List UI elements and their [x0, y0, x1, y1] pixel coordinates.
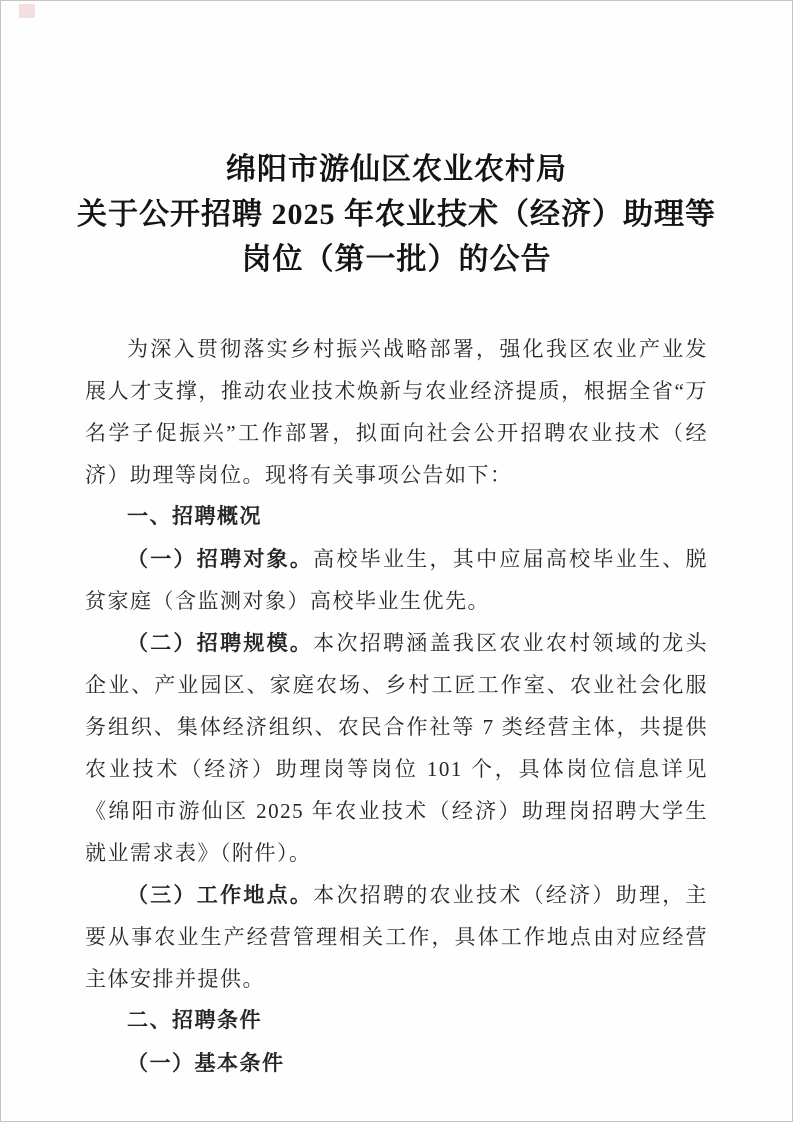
item-recruit-scale-text: 本次招聘涵盖我区农业农村领域的龙头企业、产业园区、家庭农场、乡村工匠工作室、农业… — [85, 631, 708, 865]
document-title: 绵阳市游仙区农业农村局 关于公开招聘 2025 年农业技术（经济）助理等 岗位（… — [41, 147, 752, 282]
document-page: 绵阳市游仙区农业农村局 关于公开招聘 2025 年农业技术（经济）助理等 岗位（… — [0, 0, 793, 1122]
item-recruit-target-lead: （一）招聘对象。 — [127, 547, 313, 571]
scan-artifact-mark — [19, 4, 35, 18]
item-work-location: （三）工作地点。本次招聘的农业技术（经济）助理，主要从事农业生产经营管理相关工作… — [85, 874, 708, 1000]
section-2-heading: 二、招聘条件 — [85, 1000, 708, 1042]
document-body: 为深入贯彻落实乡村振兴战略部署，强化我区农业产业发展人才支撑，推动农业技术焕新与… — [85, 328, 708, 1084]
title-line-1: 绵阳市游仙区农业农村局 — [41, 147, 752, 192]
section-2-sub-heading: （一）基本条件 — [85, 1042, 708, 1084]
intro-paragraph: 为深入贯彻落实乡村振兴战略部署，强化我区农业产业发展人才支撑，推动农业技术焕新与… — [85, 328, 708, 496]
item-recruit-scale: （二）招聘规模。本次招聘涵盖我区农业农村领域的龙头企业、产业园区、家庭农场、乡村… — [85, 622, 708, 874]
item-recruit-target: （一）招聘对象。高校毕业生，其中应届高校毕业生、脱贫家庭（含监测对象）高校毕业生… — [85, 538, 708, 622]
title-line-3: 岗位（第一批）的公告 — [41, 237, 752, 282]
item-recruit-scale-lead: （二）招聘规模。 — [127, 631, 313, 655]
item-work-location-lead: （三）工作地点。 — [127, 883, 313, 907]
title-line-2: 关于公开招聘 2025 年农业技术（经济）助理等 — [41, 192, 752, 237]
section-1-heading: 一、招聘概况 — [85, 496, 708, 538]
